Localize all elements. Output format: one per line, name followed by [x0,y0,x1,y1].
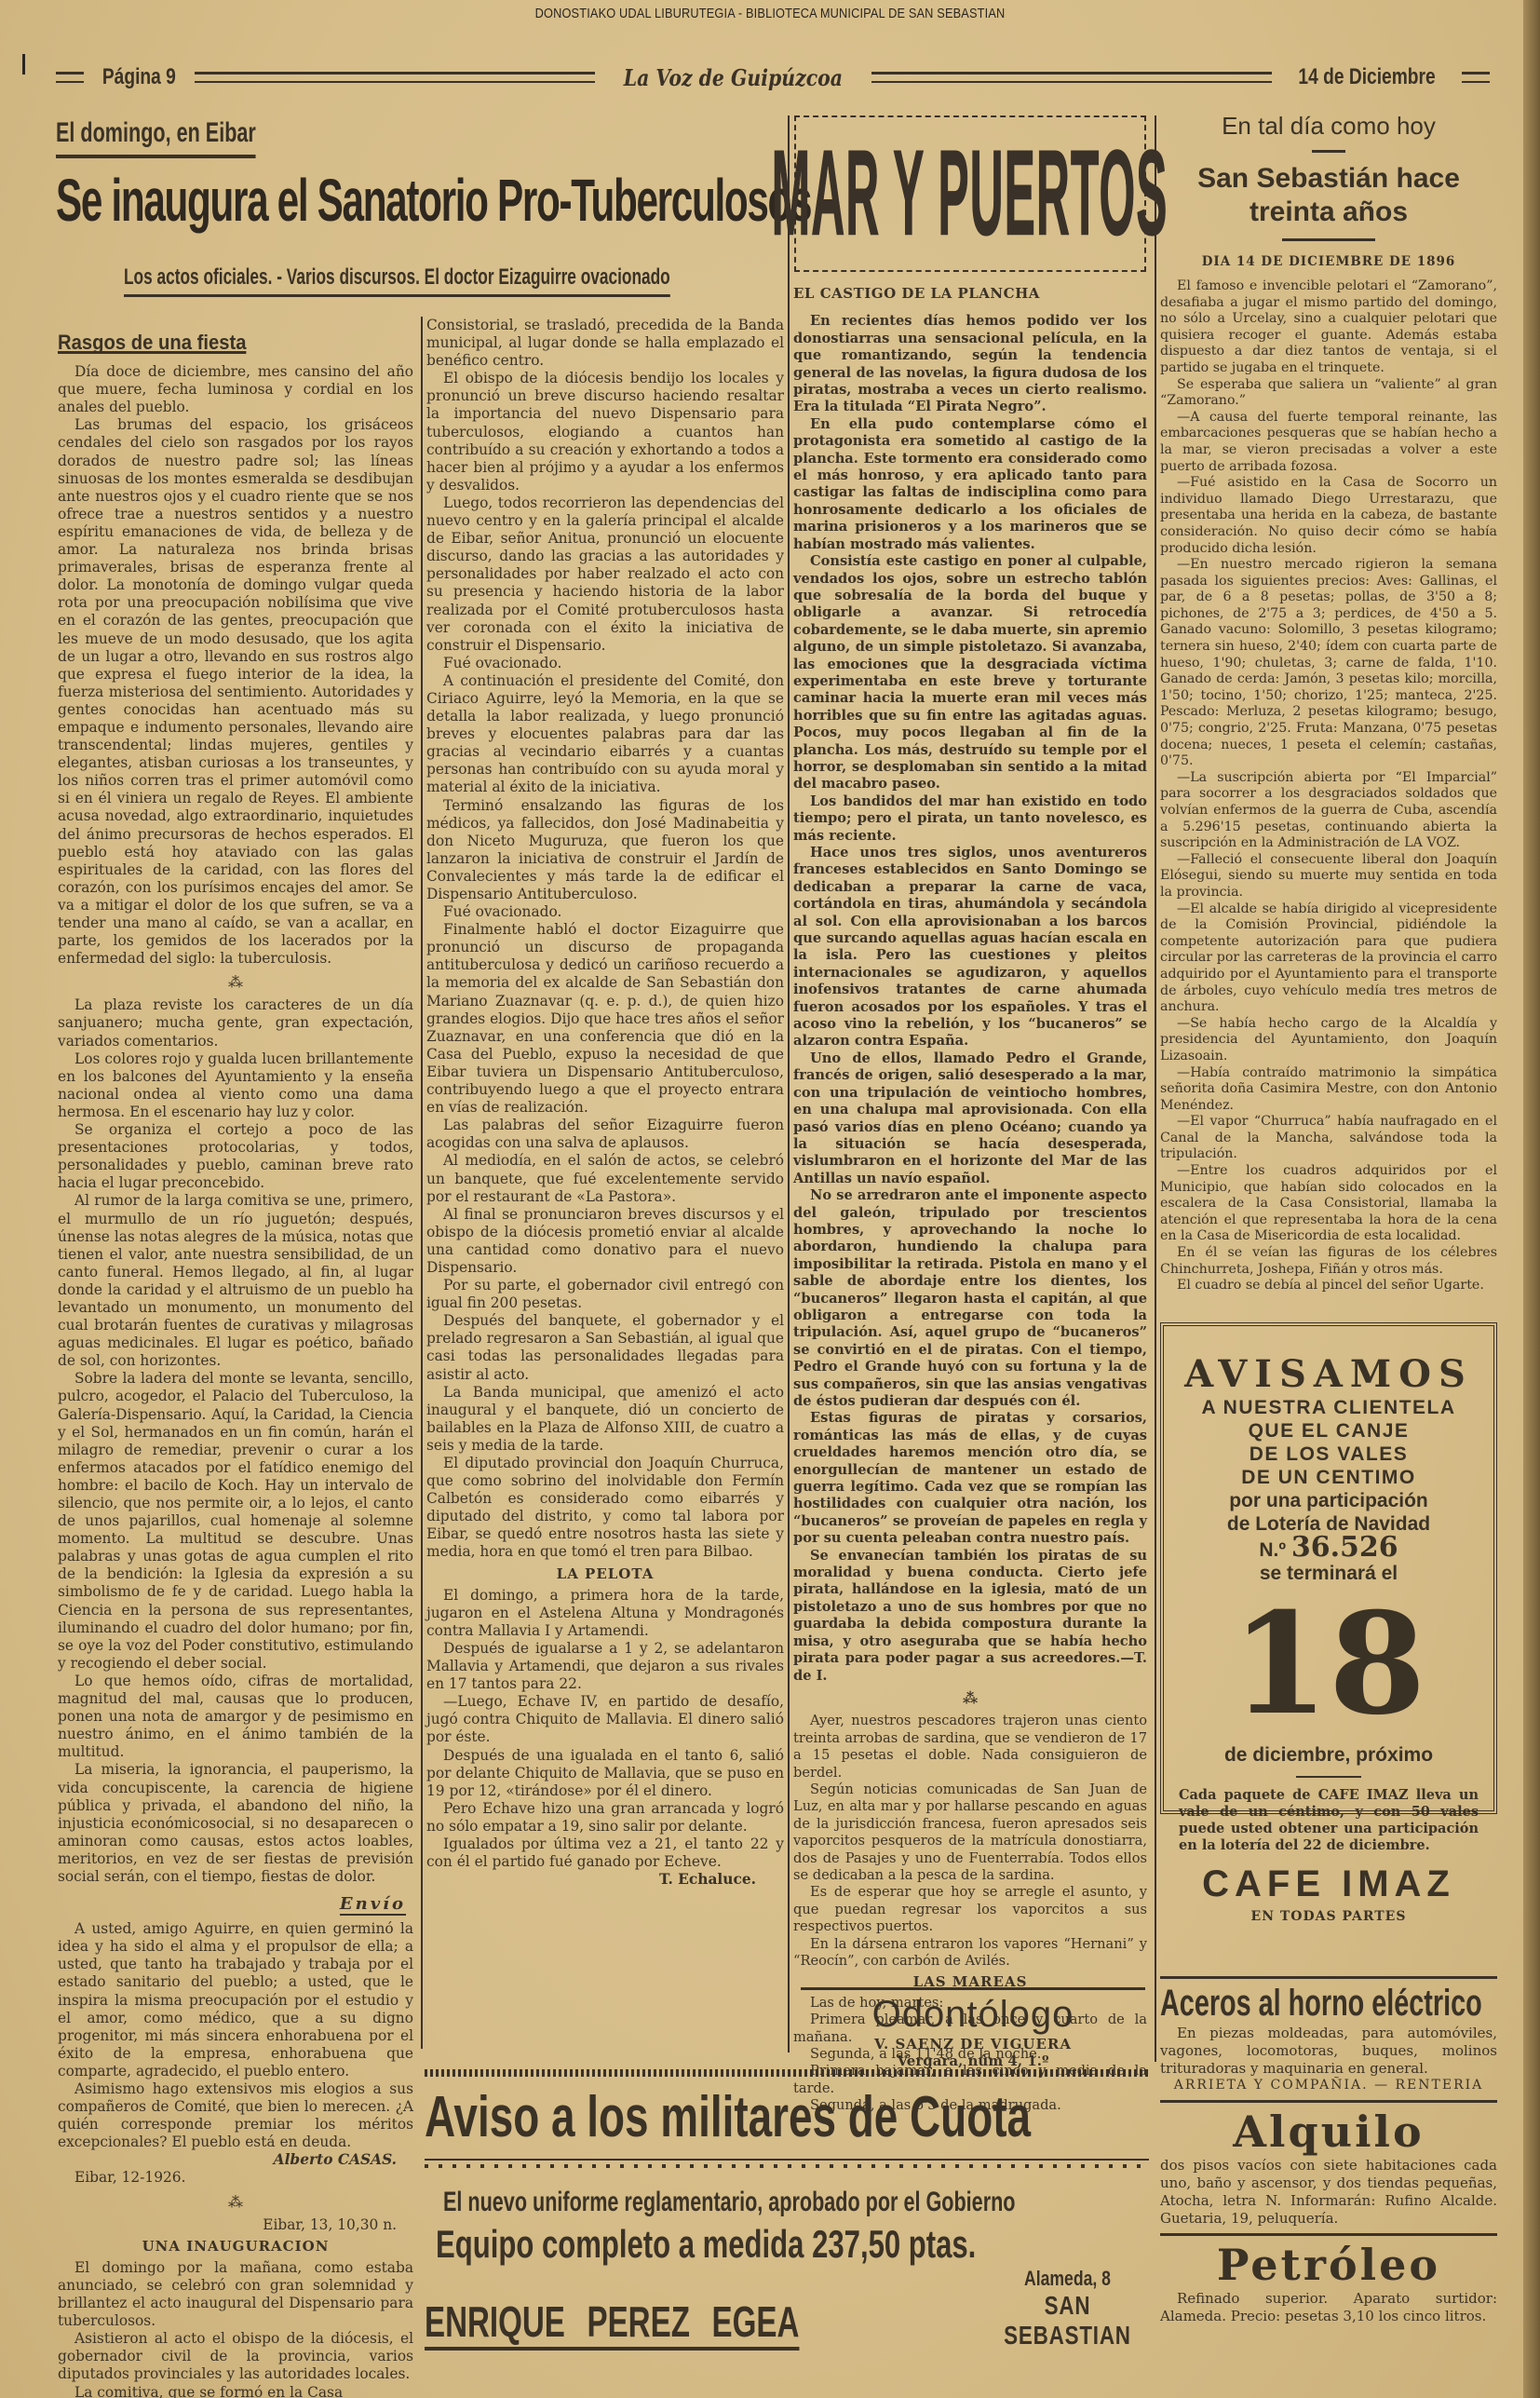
paragraph: En ella pudo contemplarse cómo el protag… [793,416,1147,553]
article-column-1: Rasgos de una fiesta Día doce de diciemb… [58,328,413,2398]
paragraph: —A causa del fuerte temporal reinante, l… [1160,410,1497,475]
margin-mark [22,54,25,75]
paragraph: Las palabras del señor Eizaguirre fueron… [426,1117,784,1152]
paragraph: —Se había hecho cargo de la Alcaldía y p… [1160,1016,1497,1065]
paragraph: Al mediodía, en el salón de actos, se ce… [426,1152,784,1205]
paragraph: Se esperaba que saliera un “valiente” al… [1160,377,1497,410]
paragraph: —Luego, Echave IV, en partido de desafío… [426,1693,784,1746]
envio-heading: Envío [58,1895,406,1913]
masthead-rule [871,72,1272,83]
mar-y-puertos-column: EL CASTIGO DE LA PLANCHA En recientes dí… [793,285,1147,2115]
ornamental-rule [425,2159,1149,2170]
paragraph: Pero Echave hizo una gran arrancada y lo… [426,1800,784,1836]
militares-footer: ENRIQUE PEREZ EGEA Alameda, 8 SAN SEBAST… [425,2267,1149,2351]
ad-big-day: 18 [1164,1585,1493,1743]
paragraph: Fué ovacionado. [426,903,784,921]
paragraph: Ayer, nuestros pescadores trajeron unas … [793,1713,1147,1782]
alquilo-ad-title: Alquilo [1160,2107,1497,2157]
paragraph: Después de igualarse a 1 y 2, se adelant… [426,1640,784,1693]
divider [801,1987,1145,1990]
paragraph: Después del banquete, el gobernador y el… [426,1312,784,1383]
paragraph: Fué ovacionado. [426,655,784,672]
library-watermark: DONOSTIAKO UDAL LIBURUTEGIA - BIBLIOTECA… [115,6,1425,21]
divider [1160,2100,1497,2103]
paragraph: Hace unos tres siglos, unos aventureros … [793,845,1147,1050]
paragraph: Al rumor de la larga comitiva se une, pr… [58,1192,413,1370]
paragraph: Las brumas del espacio, los grisáceos ce… [58,416,413,968]
section-title-rasgos: Rasgos de una fiesta [58,333,246,354]
paragraph: Consistorial, se trasladó, precedida de … [426,317,784,370]
paragraph: Uno de ellos, llamado Pedro el Grande, f… [793,1050,1147,1187]
odontologo-advertisement: Odontólogo V. SAENZ DE VIGUERA Vergara, … [801,1987,1145,2069]
aceros-ad-body: En piezas moldeadas, para automóviles, v… [1160,2025,1497,2078]
newspaper-page: DONOSTIAKO UDAL LIBURUTEGIA - BIBLIOTECA… [0,0,1540,2398]
article-column-2: Consistorial, se trasladó, precedida de … [426,317,784,1889]
masthead-rule [56,72,84,83]
mar-y-puertos-banner: MAR Y PUERTOS [794,115,1146,272]
article-kicker: El domingo, en Eibar [56,117,256,158]
paragraph: Estas figuras de piratas y corsarios, ro… [793,1410,1147,1547]
ad-line: QUE EL CANJE [1164,1419,1493,1443]
paragraph: El cuadro se debía al pincel del señor U… [1160,1278,1497,1294]
paragraph: La miseria, la ignorancia, el pauperismo… [58,1761,413,1886]
aceros-ad-footer: ARRIETA Y COMPAÑIA. — RENTERIA [1160,2078,1497,2093]
paragraph: —Entre los cuadros adquiridos por el Mun… [1160,1163,1497,1245]
militares-price-line: Equipo completo a medida 237,50 ptas. [436,2222,964,2267]
masthead-rule [195,72,595,83]
ad-tagline: EN TODAS PARTES [1164,1909,1493,1924]
petroleo-ad-title: Petróleo [1160,2240,1497,2290]
masthead: Página 9 La Voz de Guipúzcoa 14 de Dicie… [56,65,1490,89]
paragraph: La Banda municipal, que amenizó el acto … [426,1384,784,1455]
newspaper-title: La Voz de Guipúzcoa [624,64,843,91]
petroleo-ad-body: Refinado superior. Aparato surtidor: Ala… [1160,2290,1497,2325]
paragraph: —Fué asistido en la Casa de Socorro un i… [1160,475,1497,557]
asterism-ornament: ⁂ [793,1690,1147,1707]
paragraph: No se arredraron ante el imponente aspec… [793,1187,1147,1410]
paragraph: Sobre la ladera del monte se levanta, se… [58,1370,413,1673]
zigzag-rule [425,2069,1149,2077]
paragraph: Consistía este castigo en poner al culpa… [793,553,1147,793]
paragraph: Asimismo hago extensivos mis elogios a s… [58,2080,413,2151]
divider [1160,2233,1497,2236]
paragraph: El obispo de la diócesis bendijo los loc… [426,370,784,495]
paragraph: Luego, todos recorrieron las dependencia… [426,495,784,655]
en-tal-dia-column: En tal día como hoy San Sebastián hace t… [1160,112,1497,1294]
paragraph: Después de una igualada en el tanto 6, s… [426,1747,784,1800]
paragraph: Por su parte, el gobernador civil entreg… [426,1277,784,1312]
militares-headline: Aviso a los militares de Cuota [425,2088,961,2147]
author-signature: Alberto CASAS. [58,2151,397,2169]
ad-brand: CAFE IMAZ [1164,1863,1493,1905]
paragraph: Según noticias comunicadas de San Juan d… [793,1782,1147,1884]
paragraph: En él se veían las figuras de los célebr… [1160,1245,1497,1278]
paragraph: A usted, amigo Aguirre, en quien germinó… [58,1920,413,2080]
column-divider [1155,115,1156,2062]
paragraph: El domingo por la mañana, como estaba an… [58,2259,413,2330]
ad-line: de diciembre, próximo [1164,1743,1493,1767]
divider [1312,150,1345,153]
dateline: Eibar, 13, 10,30 n. [58,2216,397,2234]
article-subheadline: Los actos oficiales. - Varios discursos.… [124,264,670,297]
paragraph: —El vapor “Churruca” había naufragado en… [1160,1114,1497,1163]
author-signature: T. Echaluce. [426,1871,756,1889]
paragraph: Los bandidos del mar han existido en tod… [793,793,1147,845]
ad-line: DE LOS VALES [1164,1443,1493,1466]
paragraph: El diputado provincial don Joaquín Churr… [426,1455,784,1562]
divider [1296,1776,1361,1778]
ad-line: DE UN CENTIMO [1164,1466,1493,1489]
paragraph: Terminó ensalzando las figuras de los mé… [426,797,784,904]
merchant-address: Alameda, 8 SAN SEBASTIAN [986,2267,1149,2351]
asterism-ornament: ⁂ [58,973,413,991]
section-headline: San Sebastián hace treinta años [1160,162,1497,229]
alquilo-ad-body: dos pisos vacíos con siete habitaciones … [1160,2157,1497,2228]
paragraph: Se envanecían también los piratas de su … [793,1548,1147,1685]
historic-date: DIA 14 DE DICIEMBRE DE 1896 [1160,254,1497,269]
section-title-inauguracion: UNA INAUGURACION [58,2238,413,2256]
ad-body: Cada paquete de CAFE IMAZ lleva un vale … [1164,1787,1493,1854]
page-number: Página 9 [102,64,176,90]
paragraph: Se organiza el cortejo a poco de las pre… [58,1121,413,1192]
divider [1282,238,1375,241]
paragraph: En la dársena entraron los vapores “Hern… [793,1936,1147,1971]
column-divider [421,317,423,2049]
paragraph: —La suscripción abierta por “El Imparcia… [1160,770,1497,852]
paragraph: Día doce de diciembre, mes cansino del a… [58,363,413,416]
ad-heading: AVISAMOS [1164,1352,1493,1396]
paragraph: A continuación el presidente del Comité,… [426,672,784,797]
paragraph: Igualados por última vez a 21, el tanto … [426,1836,784,1871]
issue-date: 14 de Diciembre [1298,64,1435,90]
section-title-en-tal-dia: En tal día como hoy [1160,112,1497,141]
ad-line: A NUESTRA CLIENTELA [1164,1396,1493,1419]
paragraph: La plaza reviste los caracteres de un dí… [58,996,413,1050]
paragraph: Finalmente habló el doctor Eizaguirre qu… [426,921,784,1117]
dateline: Eibar, 12-1926. [58,2169,413,2187]
ad-line: por una participación [1164,1489,1493,1512]
odontologo-address: Vergara, núm 4, 1.º [801,2053,1145,2069]
lottery-number: N.º 36.526 [1164,1536,1493,1562]
paragraph: Asistieron al acto el obispo de la dióce… [58,2330,413,2383]
asterism-ornament: ⁂ [58,2193,413,2211]
masthead-rule [1462,72,1490,83]
paragraph: Lo que hemos oído, cifras de mortalidad,… [58,1673,413,1761]
militares-advertisement: Aviso a los militares de Cuota El nuevo … [425,2069,1149,2351]
section-title-castigo: EL CASTIGO DE LA PLANCHA [793,285,1147,302]
paragraph: Al final se pronunciaron breves discurso… [426,1206,784,1277]
odontologo-title: Odontólogo [801,1994,1145,2036]
paragraph: Es de esperar que hoy se arregle el asun… [793,1884,1147,1935]
en-tal-dia-body: El famoso e invencible pelotari el “Zamo… [1160,278,1497,1294]
page-edge-shadow [1523,0,1540,2398]
paragraph: El domingo, a primera hora de la tarde, … [426,1587,784,1640]
cafe-imaz-advertisement: AVISAMOS A NUESTRA CLIENTELA QUE EL CANJ… [1160,1322,1497,1814]
paragraph: —Falleció el consecuente liberal don Joa… [1160,852,1497,901]
odontologo-name: V. SAENZ DE VIGUERA [801,2036,1145,2053]
militares-line: El nuevo uniforme reglamentario, aprobad… [443,2187,952,2218]
column-divider [788,115,790,2053]
paragraph: —El alcalde se había dirigido al vicepre… [1160,901,1497,1016]
paragraph: El famoso e invencible pelotari el “Zamo… [1160,278,1497,377]
paragraph: Los colores rojo y gualda lucen brillant… [58,1050,413,1121]
aceros-ad-title: Aceros al horno eléctrico [1160,1983,1403,2025]
article-headline: Se inaugura el Sanatorio Pro-Tuberculoso… [56,166,811,235]
classified-ads: Aceros al horno eléctrico En piezas mold… [1160,1972,1497,2325]
divider [1160,1976,1497,1979]
paragraph: —En nuestro mercado rigieron la semana p… [1160,557,1497,770]
paragraph: En recientes días hemos podido ver los d… [793,313,1147,415]
paragraph: —Había contraído matrimonio la simpática… [1160,1065,1497,1115]
merchant-name: ENRIQUE PEREZ EGEA [425,2296,799,2351]
section-title-pelota: LA PELOTA [426,1565,784,1583]
paragraph: La comitiva, que se formó en la Casa [58,2384,413,2398]
